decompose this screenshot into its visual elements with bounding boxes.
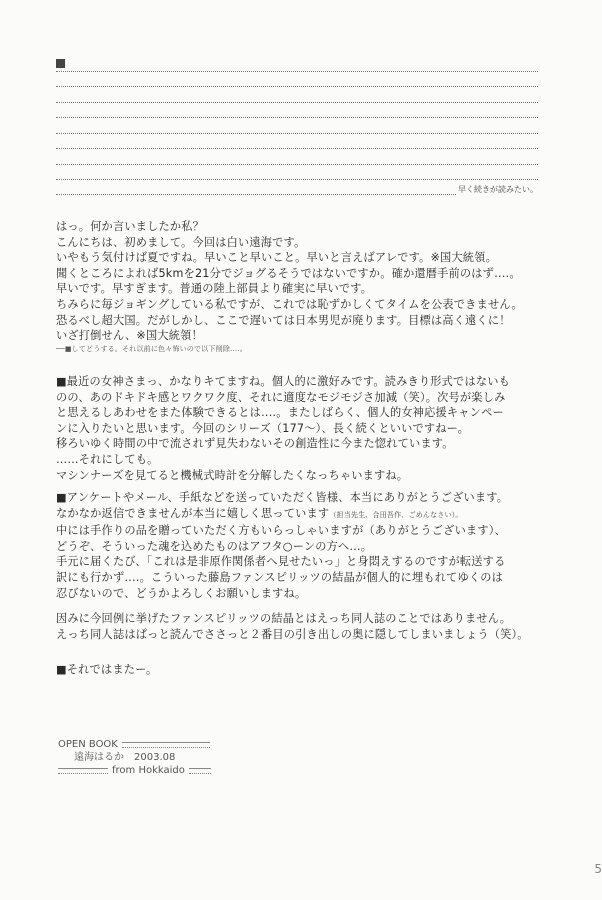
inline-note: （担当先生、合田吾作、ごめんなさい）。 <box>329 511 462 519</box>
decorative-rule <box>189 768 211 774</box>
paragraph-line: 聞くところによれば5kmを21分でジョグるそうではないですか。確か還暦手前のはず… <box>56 266 556 282</box>
paragraph-line: 恐るべし超大国。だがしかし、ここで遅いては日本男児が廃ります。目標は高く遠くに！ <box>56 313 556 329</box>
paragraph-line: 因みに今回例に挙げたファンスピリッツの結晶とはえっち同人誌のことではありません。 <box>56 611 556 627</box>
paragraph-line: と思えるしあわせをまた体験できるとは‥‥。またしばらく、個人的女神応援キャンペー <box>56 405 556 421</box>
closing-note: 早く続きが読みたい。 <box>456 185 538 195</box>
paragraph-line: 中には手作りの品を贈っていただく方もいらっしゃいますが（ありがとうございます）、 <box>56 523 556 539</box>
paragraph-line: ちみらに毎ジョギングしている私ですが、これでは恥ずかしくてタイムを公表できません… <box>56 297 556 313</box>
colophon-date: 2003.08 <box>134 751 175 764</box>
dotted-writing-lines: 早く続きが読みたい。 <box>56 56 538 195</box>
line-text: なかなか返信できませんが本当に嬉しく思っています <box>56 507 329 520</box>
paragraph-line: ンに入りたいと思います。今回のシリーズ（177～）、長く続くといいですねー。 <box>56 421 556 437</box>
paragraph-line: なかなか返信できませんが本当に嬉しく思っています（担当先生、合田吾作、ごめんなさ… <box>56 506 556 524</box>
dotted-line <box>56 134 538 150</box>
section-farewell: ■それではまたー。 <box>56 662 556 678</box>
dotted-line-with-note: 早く続きが読みたい。 <box>56 180 538 195</box>
paragraph-line: いざ打倒せん、※国大統領！ <box>56 328 556 344</box>
section-by-the-way: 因みに今回例に挙げたファンスピリッツの結晶とはえっち同人誌のことではありません。… <box>56 611 556 642</box>
dotted-line <box>56 87 538 103</box>
paragraph-line: こんにちは、初めまして。今回は白い遠海です。 <box>56 235 556 251</box>
dotted-line <box>56 103 538 119</box>
paragraph-line: いやもう気付けば夏ですね。早いこと早いこと。早いと言えばアレです。※国大統領。 <box>56 250 556 266</box>
dotted-line <box>56 149 538 165</box>
dotted-line <box>56 165 538 181</box>
paragraph-line: 手元に届くたび、「これは是非原作関係者へ見せたいっ」と身悶えするのですが転送する <box>56 554 556 570</box>
dotted-line <box>56 118 538 134</box>
paragraph-line: マシンナーズを見てると機械式時計を分解したくなっちゃいますね。 <box>56 468 556 484</box>
colophon-title: OPEN BOOK <box>58 738 118 751</box>
section-greeting: はっ。何か言いましたか私？ こんにちは、初めまして。今回は白い遠海です。 いやも… <box>56 219 556 354</box>
colophon-location: from Hokkaido <box>112 764 185 777</box>
dotted-leader <box>56 184 456 195</box>
paragraph-line: えっち同人誌はぱっと読んでささっと２番目の引き出しの奥に隠してしまいましょう（笑… <box>56 627 556 643</box>
colophon: OPEN BOOK 遠海はるか 2003.08 from Hokkaido <box>58 738 211 777</box>
page-number: 5 <box>594 862 602 876</box>
decorative-rule <box>122 742 210 748</box>
paragraph-line: 訳にも行かず‥‥。こういった藤島ファンスピリッツの結晶が個人的に埋もれてゆくのは <box>56 570 556 586</box>
paragraph-line: ……それにしても。 <box>56 452 556 468</box>
paragraph-line: 忍びないので、どうかよろしくお願いしますね。 <box>56 586 556 602</box>
paragraph-line: はっ。何か言いましたか私？ <box>56 219 556 235</box>
paragraph-line: のの、あのドキドキ感とワクワク度、それに適度なモジモジさ加減（笑）。次号が楽しみ <box>56 390 556 406</box>
aside-note: ──■してどうする。それ以前に色々怖いので以下削除‥‥。 <box>56 344 556 354</box>
dotted-line <box>56 56 538 72</box>
paragraph-line: ■最近の女神さまっ、かなりキてますね。個人的に激好みです。読みきり形式ではないも <box>56 374 556 390</box>
colophon-title-row: OPEN BOOK <box>58 738 211 751</box>
colophon-author-row: 遠海はるか 2003.08 <box>58 751 211 764</box>
document-page: 早く続きが読みたい。 はっ。何か言いましたか私？ こんにちは、初めまして。今回は… <box>0 0 602 900</box>
dotted-line <box>56 72 538 88</box>
colophon-author: 遠海はるか <box>74 751 124 764</box>
decorative-rule <box>58 768 108 774</box>
section-letters: ■アンケートやメール、手紙などを送っていただく皆様、本当にありがとうございます。… <box>56 490 556 601</box>
paragraph-line: ■アンケートやメール、手紙などを送っていただく皆様、本当にありがとうございます。 <box>56 490 556 506</box>
paragraph-line: 移ろいゆく時間の中で流されず見失わないその創造性に今また惚れています。 <box>56 436 556 452</box>
section-goddess: ■最近の女神さまっ、かなりキてますね。個人的に激好みです。読みきり形式ではないも… <box>56 374 556 483</box>
paragraph-line: ■それではまたー。 <box>56 662 556 678</box>
paragraph-line: 早いです。早すぎます。普通の陸上部員より確実に早いです。 <box>56 281 556 297</box>
paragraph-line: どうぞ、そういった魂を込めたものはアフタ○ーンの方へ…。 <box>56 539 556 555</box>
colophon-location-row: from Hokkaido <box>58 764 211 777</box>
